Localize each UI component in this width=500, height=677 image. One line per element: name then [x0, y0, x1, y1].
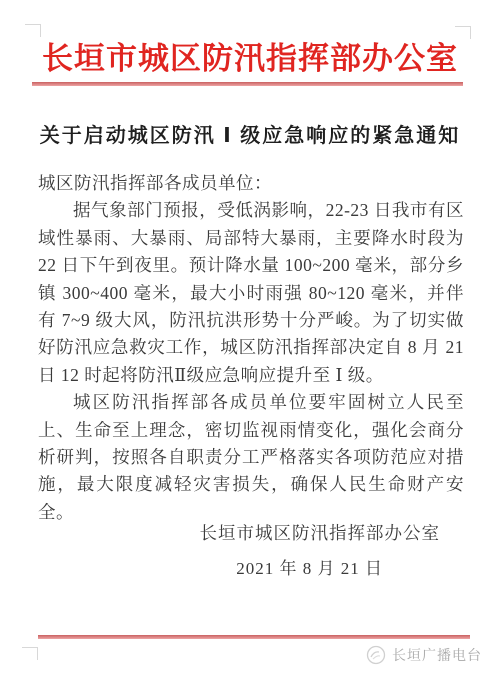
salutation: 城区防汛指挥部各成员单位：	[38, 170, 464, 197]
document-page: 长垣市城区防汛指挥部办公室 关于启动城区防汛 Ⅰ 级应急响应的紧急通知 城区防汛…	[0, 0, 500, 677]
document-body: 城区防汛指挥部各成员单位： 据气象部门预报，受低涡影响，22-23 日我市有区域…	[38, 170, 464, 526]
corner-mark-bottom-left-icon	[22, 647, 38, 660]
footer-watermark: 长垣广播电台	[366, 645, 482, 665]
document-title: 关于启动城区防汛 Ⅰ 级应急响应的紧急通知	[0, 119, 500, 148]
broadcast-logo-icon	[366, 645, 386, 665]
body-paragraph-2: 城区防汛指挥部各成员单位要牢固树立人民至上、生命至上理念，密切监视雨情变化，强化…	[38, 389, 464, 526]
body-paragraph-1: 据气象部门预报，受低涡影响，22-23 日我市有区域性暴雨、大暴雨、局部特大暴雨…	[38, 197, 464, 389]
letterhead-title: 长垣市城区防汛指挥部办公室	[0, 33, 500, 78]
letterhead-rule	[32, 82, 463, 86]
watermark-label: 长垣广播电台	[392, 645, 482, 665]
signature-date: 2021 年 8 月 21 日	[236, 554, 383, 579]
footer-rule	[38, 635, 470, 639]
signature-org: 长垣市城区防汛指挥部办公室	[200, 520, 441, 545]
